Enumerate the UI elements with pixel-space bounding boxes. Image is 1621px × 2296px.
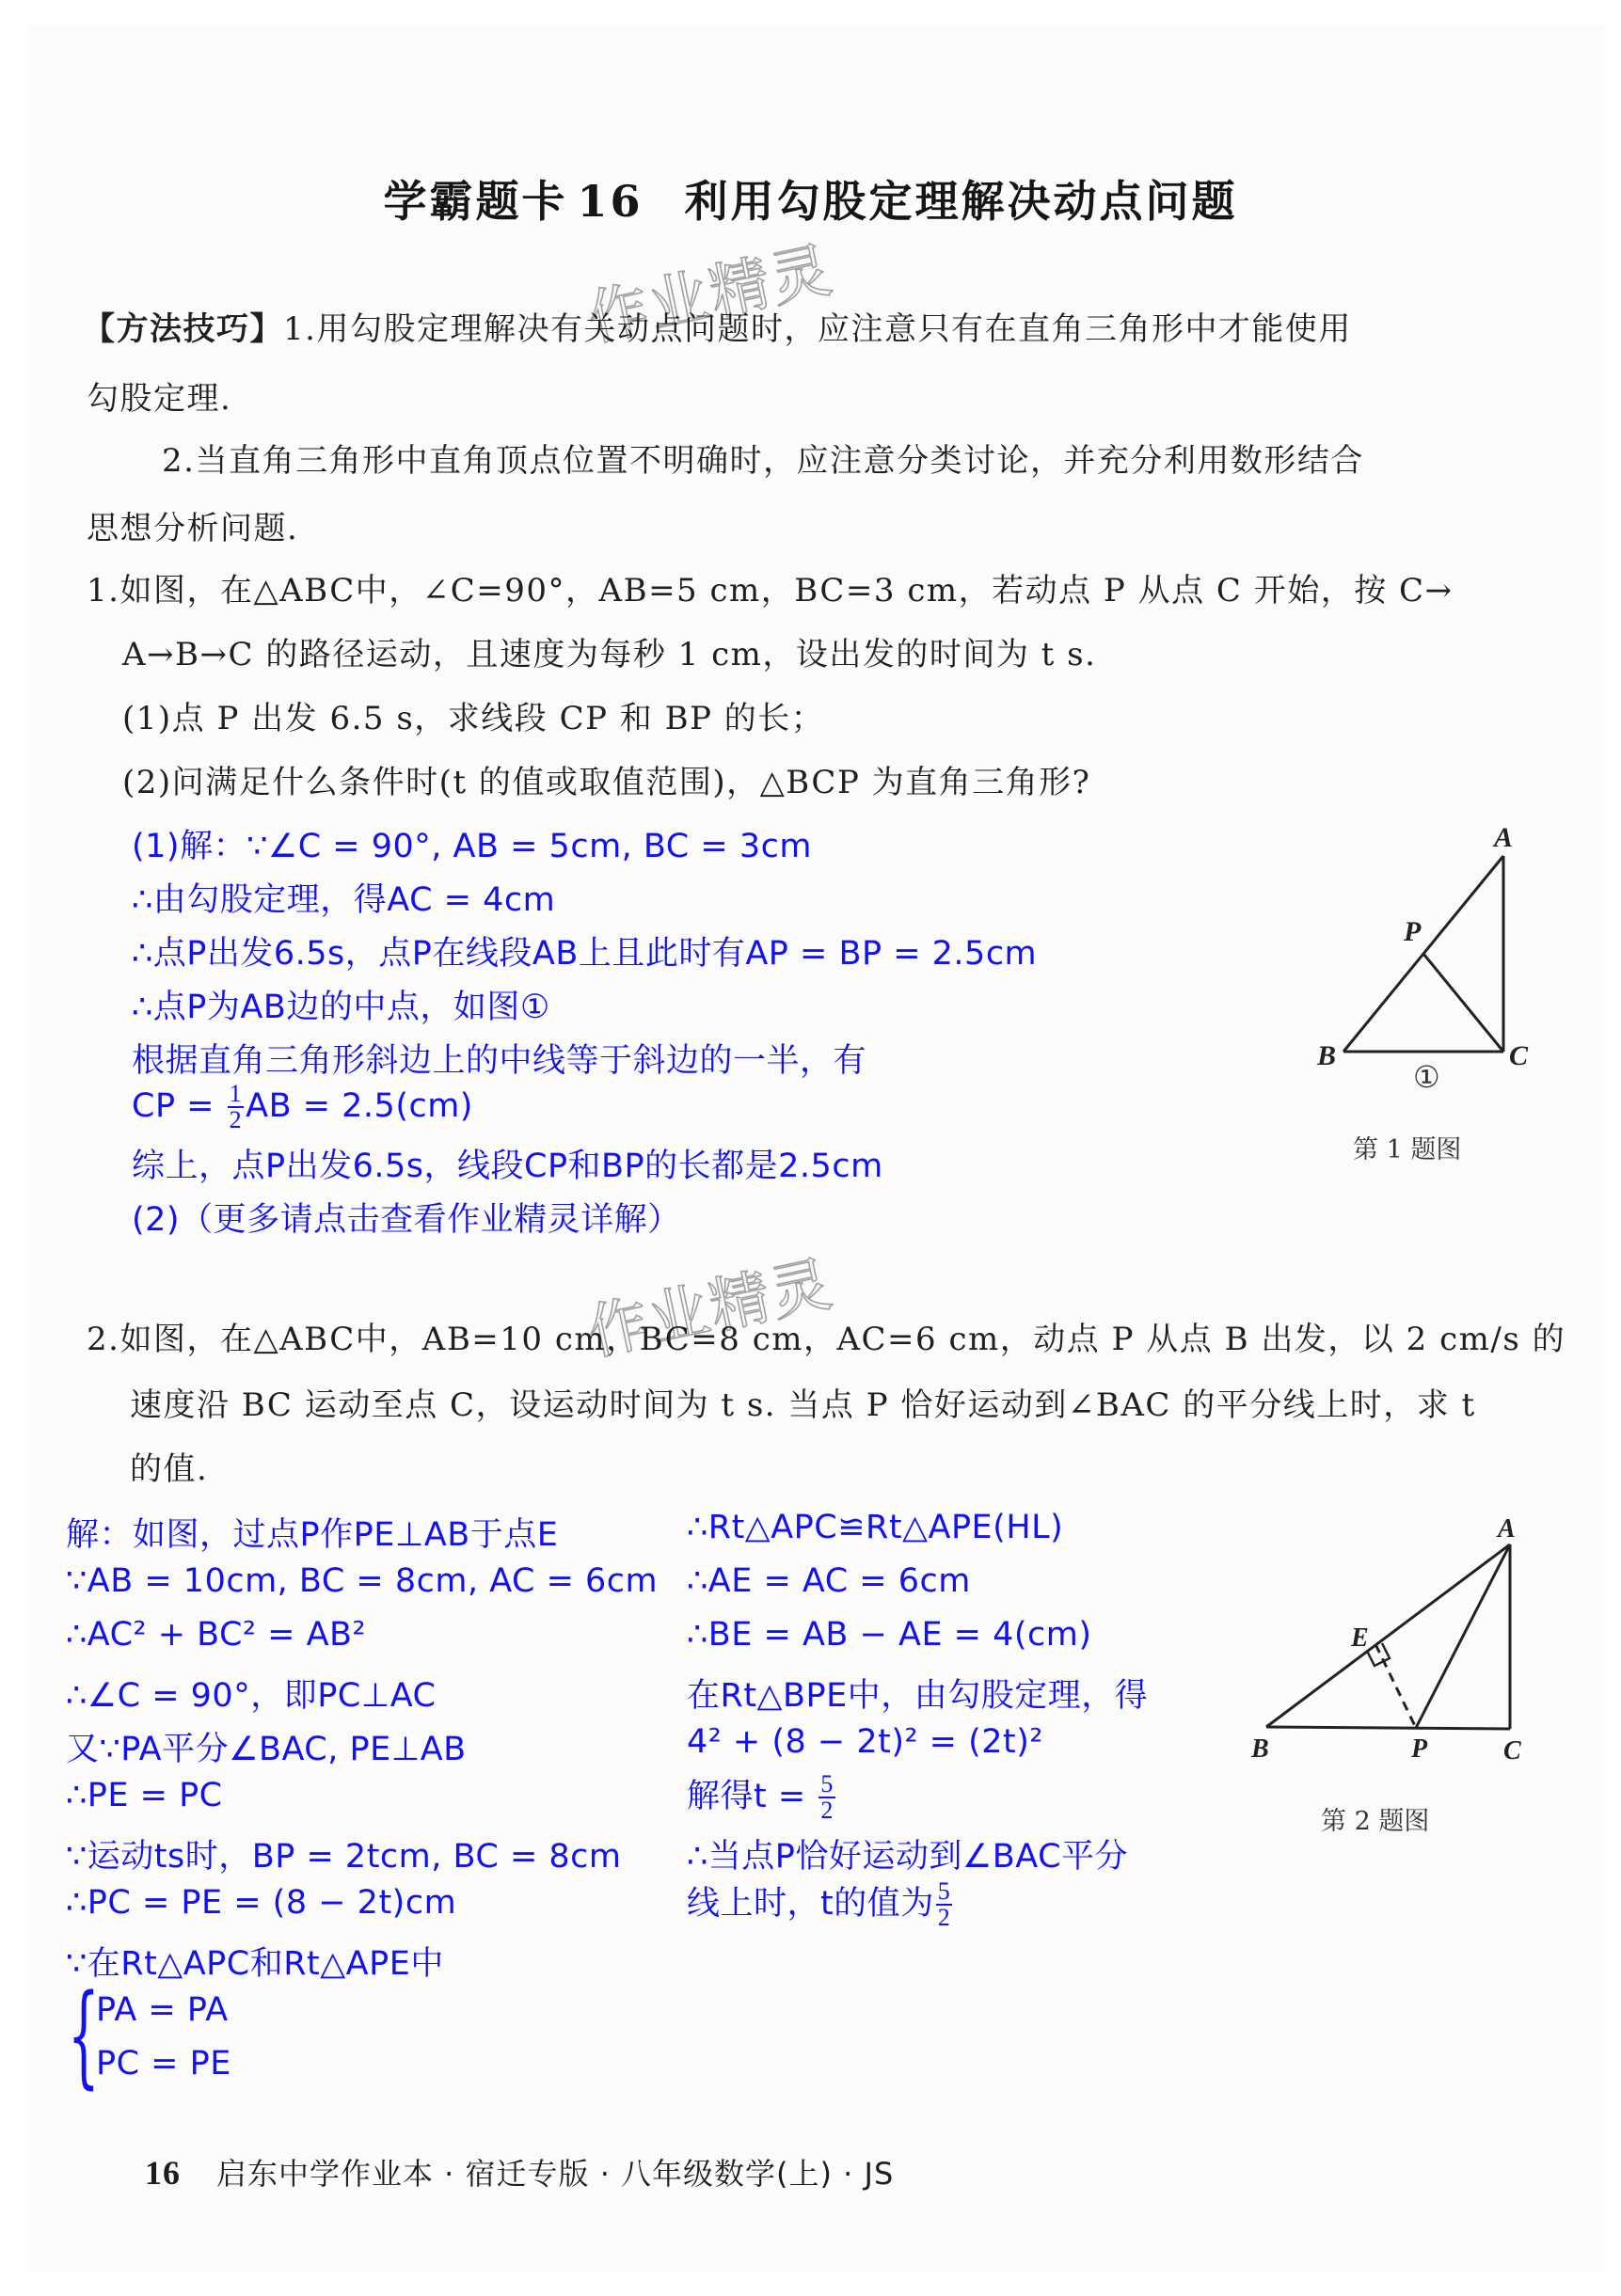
solution-line-fraction: CP = 12AB = 2.5(cm) (132, 1082, 473, 1132)
tip2-line2: 思想分析问题. (87, 502, 298, 548)
solution-line: ∵AB = 10cm, BC = 8cm, AC = 6cm (66, 1562, 658, 1600)
page-footer: 16启东中学作业本 · 宿迁专版 · 八年级数学(上) · JS (145, 2150, 894, 2193)
svg-text:C: C (1503, 1736, 1521, 1766)
fraction-suffix: AB = 2.5(cm) (246, 1087, 473, 1125)
svg-text:P: P (1403, 916, 1422, 947)
problem2-stem-line3: 的值. (130, 1443, 208, 1489)
svg-text:P: P (1410, 1734, 1428, 1764)
problem2-figure: A B P C E (1242, 1505, 1543, 1768)
problem1-stem-line2: A→B→C 的路径运动，且速度为每秒 1 cm，设出发的时间为 t s. (122, 628, 1096, 674)
topic-title: 利用勾股定理解决动点问题 (685, 176, 1238, 227)
triangle-abc-figure-2: A B P C E (1242, 1505, 1543, 1768)
system-equation: PA = PA (96, 1991, 229, 2029)
solution-line: ∴当点P恰好运动到∠BAC平分 (687, 1830, 1128, 1877)
solution-line: 综上，点P出发6.5s，线段CP和BP的长都是2.5cm (132, 1140, 883, 1187)
system-equation: PC = PE (96, 2045, 231, 2082)
solution-line: ∴PE = PC (66, 1777, 223, 1814)
svg-text:C: C (1509, 1040, 1529, 1071)
solution-line-fraction: 线上时，t的值为52 (687, 1877, 954, 1930)
solution-line: 解：如图，过点P作PE⊥AB于点E (66, 1509, 558, 1556)
figure2-caption: 第 2 题图 (1321, 1800, 1429, 1837)
problem1-figure: A B C P (1298, 809, 1562, 1091)
solution-line: ∴∠C = 90°，即PC⊥AC (66, 1670, 437, 1717)
more-solution-link[interactable]: (2)（更多请点击查看作业精灵详解） (132, 1194, 681, 1241)
solution-line: ∴由勾股定理，得AC = 4cm (132, 874, 555, 921)
method-tips-label: 【方法技巧】 (83, 310, 283, 348)
problem1-stem-line1: 1.如图，在△ABC中，∠C=90°，AB=5 cm，BC=3 cm，若动点 P… (87, 564, 1454, 610)
system-brace: { (68, 1979, 100, 2090)
fraction-prefix: CP = (132, 1087, 226, 1125)
tip1-line2: 勾股定理. (87, 372, 231, 419)
book-title: 启东中学作业本 · 宿迁专版 · 八年级数学(上) · JS (216, 2156, 894, 2192)
svg-text:B: B (1250, 1734, 1269, 1764)
fraction-one-half: 12 (228, 1082, 245, 1132)
tip1-line1: 1.用勾股定理解决有关动点问题时，应注意只有在直角三角形中才能使用 (283, 310, 1352, 348)
card-number: 16 (577, 176, 643, 227)
fraction-five-halves: 52 (818, 1772, 835, 1823)
solution-line: ∴PC = PE = (8 − 2t)cm (66, 1884, 456, 1922)
solution-line: 根据直角三角形斜边上的中线等于斜边的一半，有 (132, 1035, 866, 1082)
solution-line: ∴点P为AB边的中点，如图① (132, 981, 550, 1028)
solution-line: 4² + (8 − 2t)² = (2t)² (687, 1723, 1043, 1761)
figure1-sublabel: ① (1413, 1059, 1440, 1095)
solution-line: ∵在Rt△APC和Rt△APE中 (66, 1938, 444, 1985)
solution-line: ∴AE = AC = 6cm (687, 1562, 971, 1600)
svg-text:B: B (1316, 1040, 1336, 1071)
problem1-question1: (1)点 P 出发 6.5 s，求线段 CP 和 BP 的长； (122, 692, 824, 738)
svg-text:A: A (1492, 822, 1513, 853)
solution-line: 又∵PA平分∠BAC, PE⊥AB (66, 1723, 467, 1770)
tip2-line1: 2.当直角三角形中直角顶点位置不明确时，应注意分类讨论，并充分利用数形结合 (162, 435, 1364, 481)
figure1-caption: 第 1 题图 (1353, 1129, 1461, 1165)
solution-line: (1)解：∵∠C = 90°, AB = 5cm, BC = 3cm (132, 820, 812, 867)
card-label: 学霸题卡 (383, 176, 567, 227)
fraction-five-halves: 52 (936, 1879, 953, 1930)
solution-line: ∴Rt△APC≌Rt△APE(HL) (687, 1509, 1063, 1546)
solution-line: ∴AC² + BC² = AB² (66, 1616, 366, 1654)
solution-line-fraction: 解得t = 52 (687, 1770, 837, 1823)
problem1-question2: (2)问满足什么条件时(t 的值或取值范围)，△BCP 为直角三角形? (122, 756, 1090, 802)
solution-line: ∵运动ts时，BP = 2tcm, BC = 8cm (66, 1830, 622, 1877)
problem2-stem-line2: 速度沿 BC 运动至点 C，设运动时间为 t s. 当点 P 恰好运动到∠BAC… (130, 1379, 1476, 1425)
solution-line: 在Rt△BPE中，由勾股定理，得 (687, 1670, 1148, 1717)
solution-line: ∴BE = AB − AE = 4(cm) (687, 1616, 1092, 1654)
triangle-abc-figure-1: A B C P (1298, 809, 1562, 1091)
page-title: 学霸题卡16利用勾股定理解决动点问题 (0, 167, 1621, 230)
svg-text:A: A (1496, 1514, 1516, 1544)
solution-line: ∴点P出发6.5s，点P在线段AB上且此时有AP = BP = 2.5cm (132, 927, 1037, 974)
page-number: 16 (145, 2154, 181, 2192)
svg-text:E: E (1350, 1623, 1369, 1653)
problem2-stem-line1: 2.如图，在△ABC中，AB=10 cm，BC=8 cm，AC=6 cm，动点 … (87, 1313, 1565, 1359)
